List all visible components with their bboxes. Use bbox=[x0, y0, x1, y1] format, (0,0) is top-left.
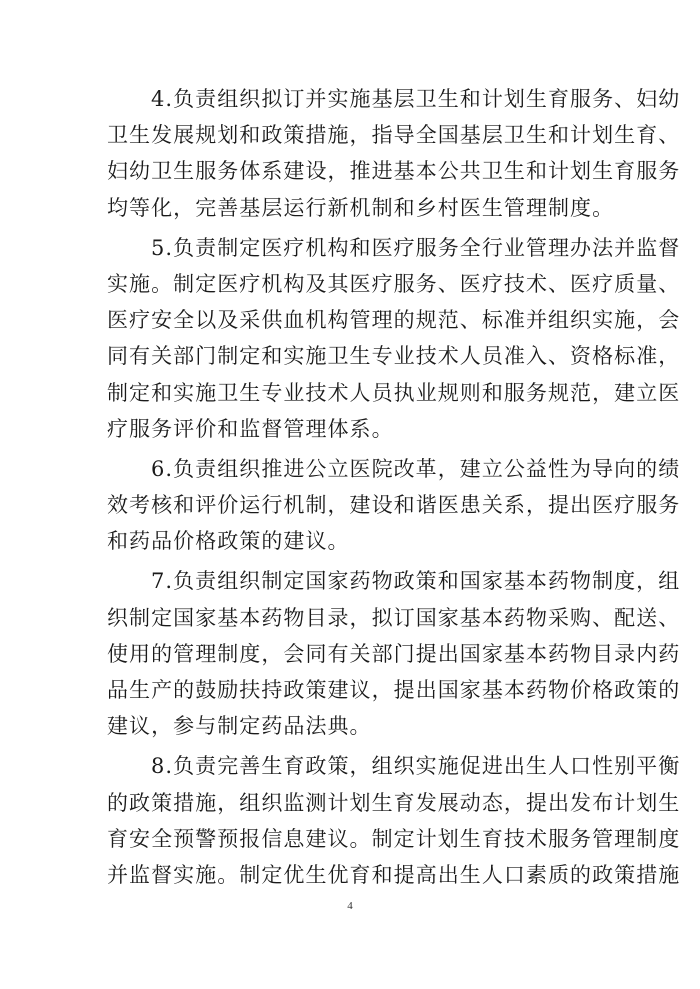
paragraph-line: 医疗安全以及采供血机构管理的规范、标准并组织实施，会 bbox=[107, 302, 593, 338]
paragraph-line: 效考核和评价运行机制，建设和谐医患关系，提出医疗服务 bbox=[107, 487, 593, 523]
page-number: 4 bbox=[0, 900, 700, 912]
paragraph-line: 实施。制定医疗机构及其医疗服务、医疗技术、医疗质量、 bbox=[107, 266, 593, 302]
document-body: 4.负责组织拟订并实施基层卫生和计划生育服务、妇幼 卫生发展规划和政策措施，指导… bbox=[107, 81, 593, 893]
paragraph-line: 7.负责组织制定国家药物政策和国家基本药物制度，组 bbox=[107, 563, 593, 599]
paragraph-4: 4.负责组织拟订并实施基层卫生和计划生育服务、妇幼 卫生发展规划和政策措施，指导… bbox=[107, 81, 593, 226]
paragraph-line: 妇幼卫生服务体系建设，推进基本公共卫生和计划生育服务 bbox=[107, 153, 593, 189]
paragraph-line: 卫生发展规划和政策措施，指导全国基层卫生和计划生育、 bbox=[107, 117, 593, 153]
paragraph-7: 7.负责组织制定国家药物政策和国家基本药物制度，组 织制定国家基本药物目录，拟订… bbox=[107, 563, 593, 744]
paragraph-line: 品生产的鼓励扶持政策建议，提出国家基本药物价格政策的 bbox=[107, 672, 593, 708]
paragraph-line: 4.负责组织拟订并实施基层卫生和计划生育服务、妇幼 bbox=[107, 81, 593, 117]
document-page: 4.负责组织拟订并实施基层卫生和计划生育服务、妇幼 卫生发展规划和政策措施，指导… bbox=[0, 0, 700, 989]
paragraph-line: 织制定国家基本药物目录，拟订国家基本药物采购、配送、 bbox=[107, 600, 593, 636]
paragraph-line: 并监督实施。制定优生优育和提高出生人口素质的政策措施 bbox=[107, 857, 593, 893]
paragraph-line: 建议，参与制定药品法典。 bbox=[107, 708, 593, 744]
paragraph-line: 育安全预警预报信息建议。制定计划生育技术服务管理制度 bbox=[107, 821, 593, 857]
paragraph-line: 制定和实施卫生专业技术人员执业规则和服务规范，建立医 bbox=[107, 375, 593, 411]
paragraph-6: 6.负责组织推进公立医院改革，建立公益性为导向的绩 效考核和评价运行机制，建设和… bbox=[107, 451, 593, 560]
paragraph-5: 5.负责制定医疗机构和医疗服务全行业管理办法并监督 实施。制定医疗机构及其医疗服… bbox=[107, 230, 593, 447]
paragraph-line: 6.负责组织推进公立医院改革，建立公益性为导向的绩 bbox=[107, 451, 593, 487]
paragraph-line: 8.负责完善生育政策，组织实施促进出生人口性别平衡 bbox=[107, 748, 593, 784]
paragraph-line: 同有关部门制定和实施卫生专业技术人员准入、资格标准， bbox=[107, 338, 593, 374]
paragraph-line: 疗服务评价和监督管理体系。 bbox=[107, 411, 593, 447]
paragraph-line: 和药品价格政策的建议。 bbox=[107, 523, 593, 559]
paragraph-line: 5.负责制定医疗机构和医疗服务全行业管理办法并监督 bbox=[107, 230, 593, 266]
paragraph-line: 使用的管理制度，会同有关部门提出国家基本药物目录内药 bbox=[107, 636, 593, 672]
paragraph-line: 的政策措施，组织监测计划生育发展动态，提出发布计划生 bbox=[107, 785, 593, 821]
paragraph-line: 均等化，完善基层运行新机制和乡村医生管理制度。 bbox=[107, 190, 593, 226]
paragraph-8: 8.负责完善生育政策，组织实施促进出生人口性别平衡 的政策措施，组织监测计划生育… bbox=[107, 748, 593, 893]
